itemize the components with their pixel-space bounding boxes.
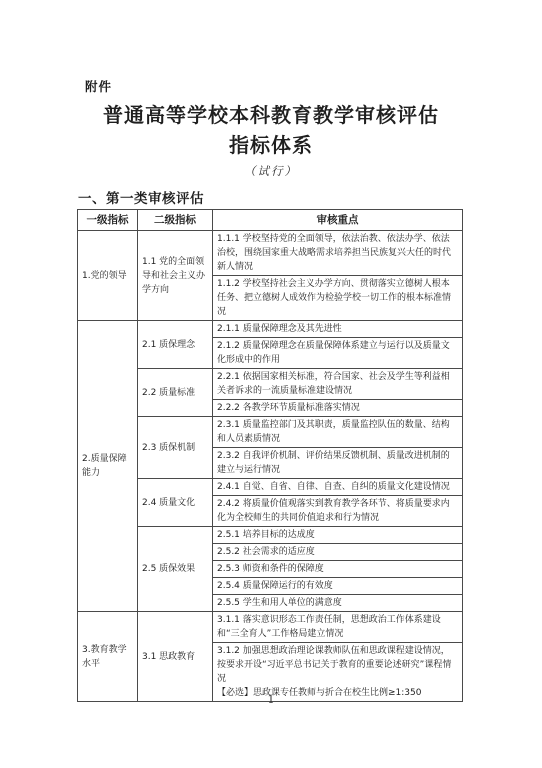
level1-indicator-cell: 1.党的领导 [78, 231, 138, 321]
column-header-level1: 一级指标 [78, 210, 138, 231]
table-row: 1.党的领导1.1 党的全面领导和社会主义办学方向1.1.1 学校坚持党的全面领… [78, 231, 463, 276]
review-point-cell: 2.5.3 师资和条件的保障度 [213, 561, 463, 578]
level2-indicator-cell: 2.1 质保理念 [138, 321, 213, 369]
review-point-cell: 2.5.1 培养目标的达成度 [213, 527, 463, 544]
level2-indicator-cell: 2.4 质量文化 [138, 479, 213, 527]
page-number: 1 [0, 693, 542, 706]
table-row: 3.教育教学水平3.1 思政教育3.1.1 落实意识形态工作责任制，思想政治工作… [78, 612, 463, 643]
document-page: 附件 普通高等学校本科教育教学审核评估 指标体系 （试行） 一、第一类审核评估 … [0, 0, 542, 768]
document-subtitle: （试行） [0, 163, 542, 179]
review-point-cell: 1.1.2 学校坚持社会主义办学方向、贯彻落实立德树人根本任务、把立德树人成效作… [213, 276, 463, 321]
table-header-row: 一级指标 二级指标 审核重点 [78, 210, 463, 231]
review-point-cell: 2.5.4 质量保障运行的有效度 [213, 578, 463, 595]
review-point-cell: 2.5.5 学生和用人单位的满意度 [213, 595, 463, 612]
column-header-level2: 二级指标 [138, 210, 213, 231]
review-point-cell: 2.4.1 自觉、自省、自律、自查、自纠的质量文化建设情况 [213, 479, 463, 496]
review-point-cell: 2.2.2 各教学环节质量标准落实情况 [213, 400, 463, 417]
document-title-line2: 指标体系 [229, 133, 313, 157]
level2-indicator-cell: 1.1 党的全面领导和社会主义办学方向 [138, 231, 213, 321]
evaluation-indicator-table: 一级指标 二级指标 审核重点 1.党的领导1.1 党的全面领导和社会主义办学方向… [77, 209, 463, 702]
level2-indicator-cell: 2.2 质量标准 [138, 369, 213, 417]
review-point-cell: 3.1.1 落实意识形态工作责任制，思想政治工作体系建设和“三全育人”工作格局建… [213, 612, 463, 643]
review-point-cell: 2.1.2 质量保障理念在质量保障体系建立与运行以及质量文化形成中的作用 [213, 338, 463, 369]
level1-indicator-cell: 3.教育教学水平 [78, 612, 138, 702]
review-point-cell: 2.3.1 质量监控部门及其职责，质量监控队伍的数量、结构和人员素质情况 [213, 417, 463, 448]
table-row: 2.质量保障能力2.1 质保理念2.1.1 质量保障理念及其先进性 [78, 321, 463, 338]
document-title-line1: 普通高等学校本科教育教学审核评估 [103, 103, 439, 127]
document-title: 普通高等学校本科教育教学审核评估 指标体系 [0, 100, 542, 160]
level2-indicator-cell: 2.3 质保机制 [138, 417, 213, 479]
review-point-cell: 2.1.1 质量保障理念及其先进性 [213, 321, 463, 338]
attachment-label: 附件 [85, 77, 112, 95]
review-point-cell: 2.3.2 自我评价机制、评价结果反馈机制、质量改进机制的建立与运行情况 [213, 448, 463, 479]
review-point-cell: 1.1.1 学校坚持党的全面领导，依法治教、依法办学、依法治校，围绕国家重大战略… [213, 231, 463, 276]
section-heading: 一、第一类审核评估 [78, 187, 204, 207]
level2-indicator-cell: 3.1 思政教育 [138, 612, 213, 702]
column-header-review-focus: 审核重点 [213, 210, 463, 231]
review-point-cell: 2.2.1 依据国家相关标准，符合国家、社会及学生等利益相关者诉求的一流质量标准… [213, 369, 463, 400]
review-point-cell: 2.4.2 将质量价值观落实到教育教学各环节、将质量要求内化为全校师生的共同价值… [213, 496, 463, 527]
level1-indicator-cell: 2.质量保障能力 [78, 321, 138, 612]
review-point-cell: 2.5.2 社会需求的适应度 [213, 544, 463, 561]
level2-indicator-cell: 2.5 质保效果 [138, 527, 213, 612]
